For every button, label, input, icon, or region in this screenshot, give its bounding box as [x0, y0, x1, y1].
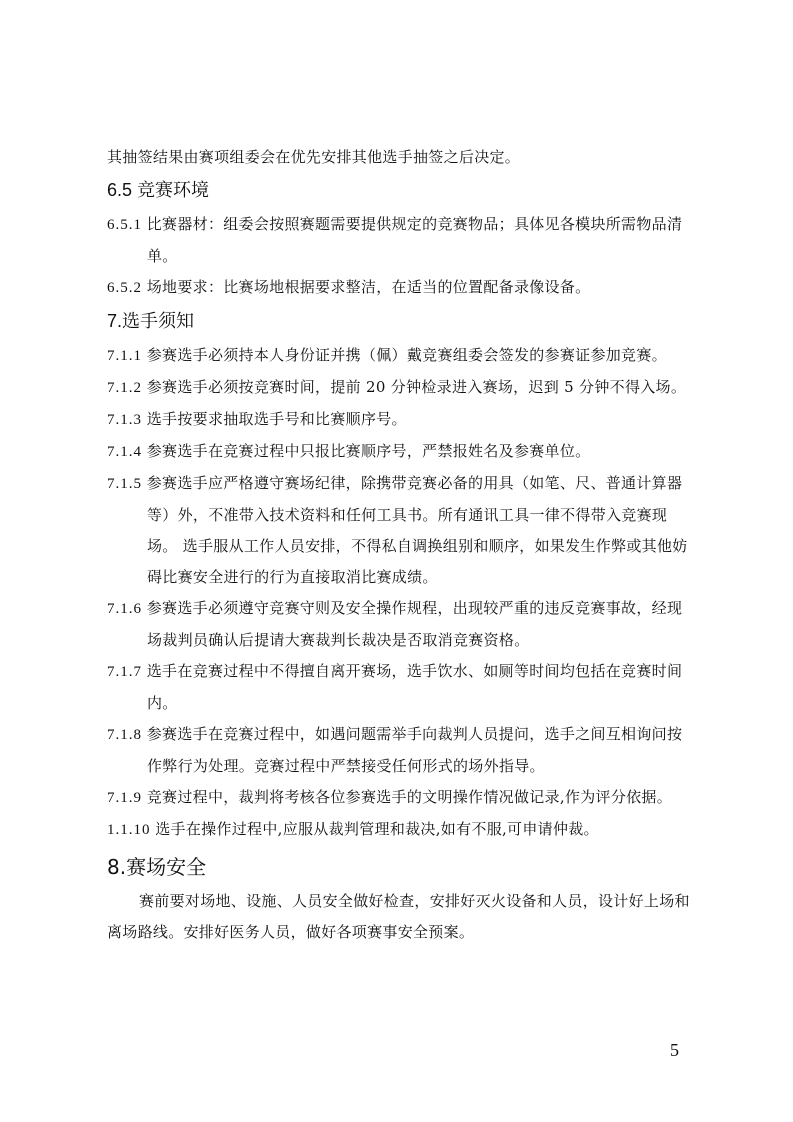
item-number: 7.1.4 — [107, 444, 147, 460]
item-text: 选手在操作过程中,应服从裁判管理和裁决,如有不服,可申请仲裁。 — [155, 820, 599, 838]
list-item-7-1-2: 7.1.2 参赛选手必须按竞赛时间，提前 20 分钟检录进入赛场，迟到 5 分钟… — [107, 372, 697, 404]
list-item-7-1-7: 7.1.7 选手在竞赛过程中不得擅自离开赛场，选手饮水、如厕等时间均包括在竞赛时… — [107, 656, 697, 719]
item-text: 参赛选手应严格遵守赛场纪律，除携带竞赛必备的用具（如笔、尺、普通计算器等）外，不… — [147, 474, 688, 586]
list-item-7-1-8: 7.1.8 参赛选手在竞赛过程中，如遇问题需举手向裁判人员提问，选手之间互相询问… — [107, 719, 697, 782]
item-number: 6.5.2 — [107, 280, 147, 296]
list-item-7-1-3: 7.1.3 选手按要求抽取选手号和比赛顺序号。 — [107, 404, 697, 436]
safety-paragraph: 赛前要对场地、设施、人员安全做好检查，安排好灭火设备和人员，设计好上场和离场路线… — [107, 886, 697, 948]
section-heading-8: 8.赛场安全 — [107, 850, 697, 884]
page-content: 其抽签结果由赛项组委会在优先安排其他选手抽签之后决定。 6.5 竞赛环境 6.5… — [107, 142, 697, 948]
list-item-7-1-4: 7.1.4 参赛选手在竞赛过程中只报比赛顺序号，严禁报姓名及参赛单位。 — [107, 436, 697, 468]
item-number: 7.1.5 — [107, 476, 147, 492]
list-item-7-1-9: 7.1.9 竞赛过程中，裁判将考核各位参赛选手的文明操作情况做记录,作为评分依据… — [107, 782, 697, 814]
item-number: 7.1.8 — [107, 727, 147, 743]
item-number: 7.1.7 — [107, 664, 147, 680]
item-text: 比赛器材：组委会按照赛题需要提供规定的竞赛物品；具体见各模块所需物品清单。 — [147, 215, 683, 265]
list-item-6-5-2: 6.5.2 场地要求：比赛场地根据要求整洁，在适当的位置配备录像设备。 — [107, 272, 697, 304]
item-text: 参赛选手必须按竞赛时间，提前 20 分钟检录进入赛场，迟到 5 分钟不得入场。 — [147, 378, 686, 396]
item-number: 7.1.9 — [107, 790, 147, 806]
item-text: 参赛选手在竞赛过程中，如遇问题需举手向裁判人员提问，选手之间互相询问按作弊行为处… — [147, 725, 683, 775]
list-item-1-1-10: 1.1.10 选手在操作过程中,应服从裁判管理和裁决,如有不服,可申请仲裁。 — [107, 814, 697, 846]
item-number: 1.1.10 — [107, 822, 155, 838]
item-text: 选手在竞赛过程中不得擅自离开赛场，选手饮水、如厕等时间均包括在竞赛时间内。 — [147, 662, 683, 712]
item-number: 7.1.1 — [107, 348, 147, 364]
item-text: 选手按要求抽取选手号和比赛顺序号。 — [147, 410, 407, 428]
document-page: 其抽签结果由赛项组委会在优先安排其他选手抽签之后决定。 6.5 竞赛环境 6.5… — [0, 0, 793, 1122]
list-item-7-1-1: 7.1.1 参赛选手必须持本人身份证并携（佩）戴竞赛组委会签发的参赛证参加竞赛。 — [107, 340, 697, 372]
list-item-6-5-1: 6.5.1 比赛器材：组委会按照赛题需要提供规定的竞赛物品；具体见各模块所需物品… — [107, 209, 697, 272]
list-item-7-1-6: 7.1.6 参赛选手必须遵守竞赛守则及安全操作规程，出现较严重的违反竞赛事故，经… — [107, 593, 697, 656]
item-number: 6.5.1 — [107, 217, 147, 233]
item-text: 场地要求：比赛场地根据要求整洁，在适当的位置配备录像设备。 — [147, 278, 591, 296]
section-heading-6-5: 6.5 竞赛环境 — [107, 175, 697, 205]
page-number: 5 — [670, 1040, 679, 1061]
section-heading-7: 7.选手须知 — [107, 306, 697, 336]
item-number: 7.1.6 — [107, 601, 147, 617]
list-item-7-1-5: 7.1.5 参赛选手应严格遵守赛场纪律，除携带竞赛必备的用具（如笔、尺、普通计算… — [107, 468, 697, 593]
item-text: 参赛选手必须持本人身份证并携（佩）戴竞赛组委会签发的参赛证参加竞赛。 — [147, 346, 667, 364]
item-text: 竞赛过程中，裁判将考核各位参赛选手的文明操作情况做记录,作为评分依据。 — [147, 788, 672, 806]
item-number: 7.1.3 — [107, 412, 147, 428]
item-text: 参赛选手必须遵守竞赛守则及安全操作规程，出现较严重的违反竞赛事故，经现场裁判员确… — [147, 599, 683, 649]
item-number: 7.1.2 — [107, 380, 147, 396]
item-text: 参赛选手在竞赛过程中只报比赛顺序号，严禁报姓名及参赛单位。 — [147, 442, 591, 460]
continuation-paragraph: 其抽签结果由赛项组委会在优先安排其他选手抽签之后决定。 — [107, 142, 697, 173]
